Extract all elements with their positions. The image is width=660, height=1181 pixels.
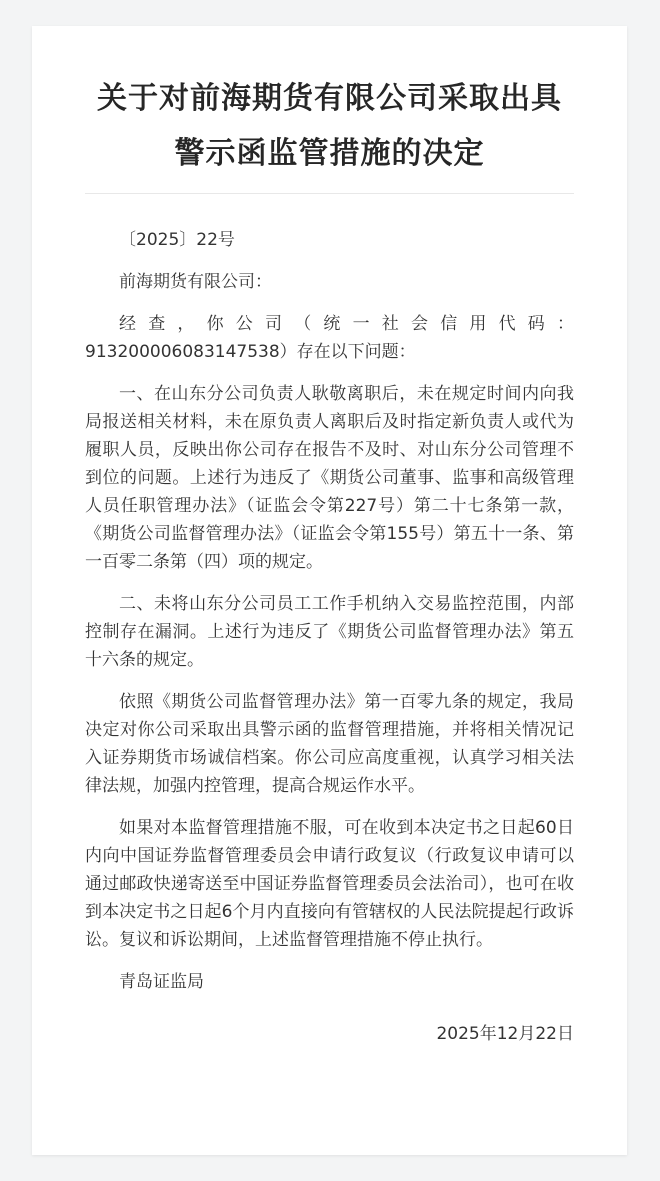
- doc-date: 2025年12月22日: [85, 1020, 574, 1048]
- title-divider: [85, 193, 574, 194]
- paragraph-issue-2: 二、未将山东分公司员工工作手机纳入交易监控范围，内部控制存在漏洞。上述行为违反了…: [85, 590, 574, 674]
- document-body: 〔2025〕22号 前海期货有限公司： 经查，你公司（统一社会信用代码：9132…: [85, 226, 574, 1048]
- doc-number: 〔2025〕22号: [85, 226, 574, 254]
- document-card: 关于对前海期货有限公司采取出具警示函监管措施的决定 〔2025〕22号 前海期货…: [32, 26, 627, 1155]
- salutation: 前海期货有限公司：: [85, 268, 574, 296]
- page-title: 关于对前海期货有限公司采取出具警示函监管措施的决定: [85, 71, 574, 181]
- paragraph-findings-intro: 经查，你公司（统一社会信用代码：913200006083147538）存在以下问…: [85, 310, 574, 366]
- issuer-signature: 青岛证监局: [85, 968, 574, 996]
- paragraph-issue-1: 一、在山东分公司负责人耿敬离职后，未在规定时间内向我局报送相关材料，未在原负责人…: [85, 380, 574, 576]
- paragraph-decision: 依照《期货公司监督管理办法》第一百零九条的规定，我局决定对你公司采取出具警示函的…: [85, 688, 574, 800]
- paragraph-appeal-rights: 如果对本监督管理措施不服，可在收到本决定书之日起60日内向中国证券监督管理委员会…: [85, 814, 574, 954]
